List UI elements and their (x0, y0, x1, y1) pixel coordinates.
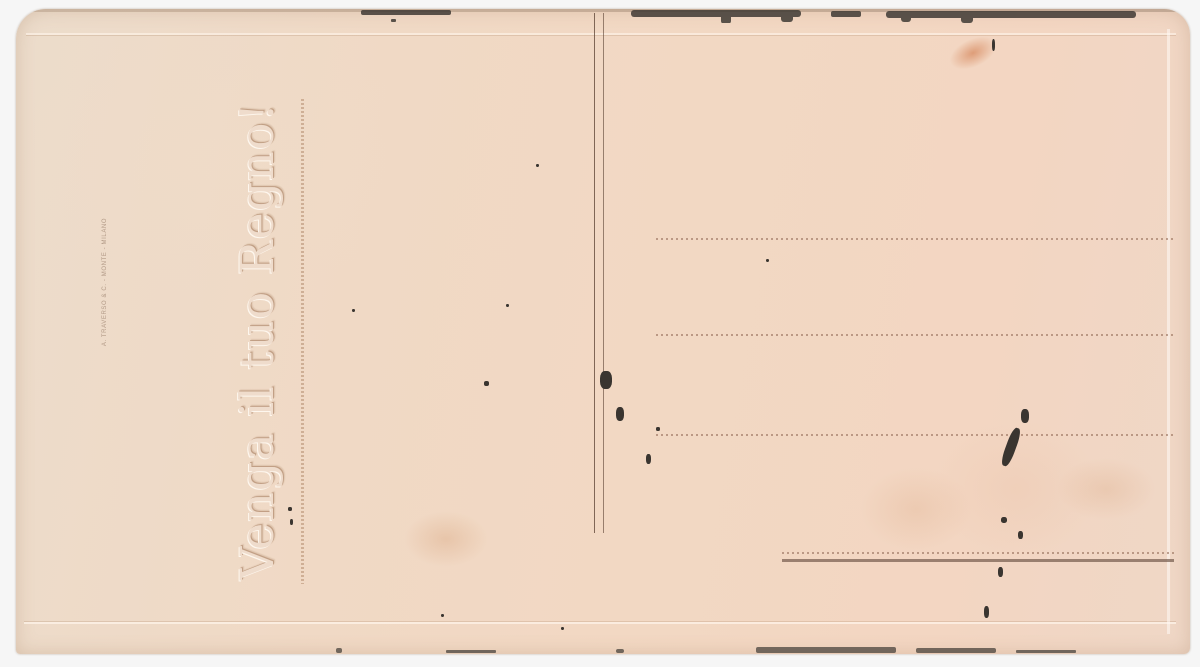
address-line-2 (656, 334, 1174, 336)
mold-speck (992, 39, 995, 51)
mold-speck (1001, 517, 1007, 523)
mold-speck (506, 304, 509, 307)
printer-imprint: A. TRAVERSO & C. - MONTE - MILANO (94, 159, 116, 404)
mold-speck (998, 567, 1003, 577)
mold-edge-bottom (16, 644, 1190, 654)
center-divider (594, 13, 604, 533)
mold-speck (766, 259, 769, 262)
photo-background: Venga il tuo Regno! A. TRAVERSO & C. - M… (0, 0, 1200, 667)
mold-speck (984, 606, 989, 618)
mold-speck (600, 371, 612, 389)
motto-text: Venga il tuo Regno! (230, 102, 284, 580)
mold-speck (1021, 409, 1029, 423)
embossed-border-bottom (24, 622, 1176, 624)
address-line-4 (782, 552, 1174, 554)
address-line-1 (656, 238, 1174, 240)
mold-speck (616, 407, 624, 421)
mold-speck (441, 614, 444, 617)
mold-speck (536, 164, 539, 167)
imprint-text: A. TRAVERSO & C. - MONTE - MILANO (102, 217, 108, 345)
embossed-motto: Venga il tuo Regno! (225, 101, 289, 581)
mold-speck (999, 426, 1022, 467)
address-final-rule (782, 559, 1174, 562)
mold-speck (290, 519, 293, 525)
embossed-dotted-rule (301, 99, 304, 584)
mold-edge-top (361, 9, 1136, 23)
address-line-3 (656, 434, 1174, 436)
mold-speck (646, 454, 651, 464)
mold-speck (484, 381, 489, 386)
mold-speck (1018, 531, 1023, 539)
embossed-border-right (1167, 29, 1170, 634)
mold-speck (352, 309, 355, 312)
postcard-back: Venga il tuo Regno! A. TRAVERSO & C. - M… (16, 9, 1190, 654)
mold-speck (288, 507, 292, 511)
mold-speck (656, 427, 660, 431)
mold-speck (561, 627, 564, 630)
rust-stain (944, 30, 1001, 77)
